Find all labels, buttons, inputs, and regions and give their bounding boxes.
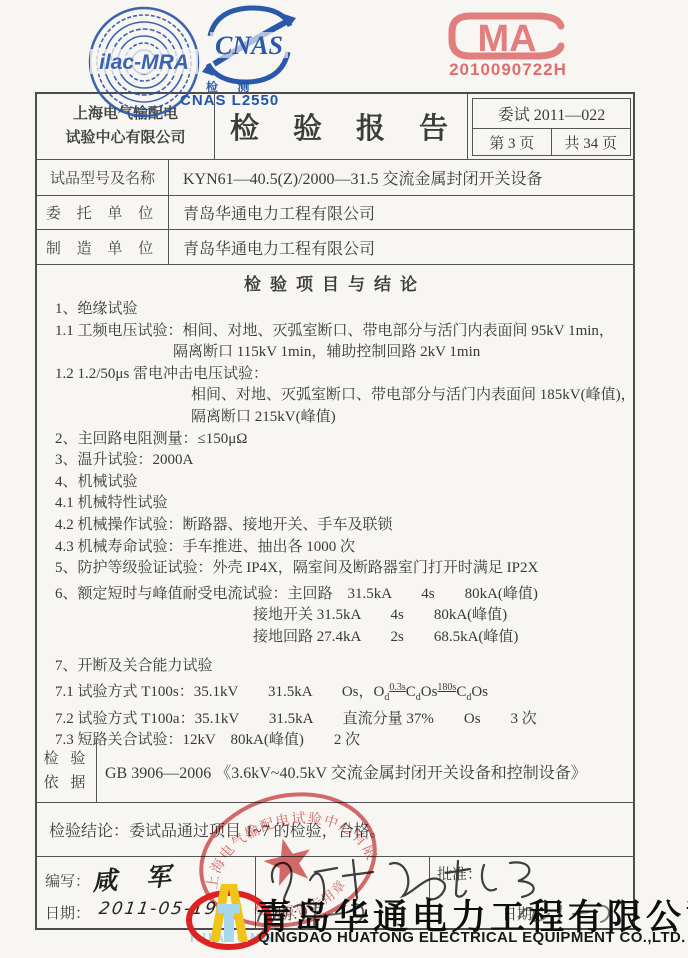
prepared-by-label: 编写： — [45, 870, 90, 891]
cma-text: MA — [477, 18, 536, 60]
section-title: 检验项目与结论 — [37, 265, 633, 299]
report-number: 委试 2011—022 — [473, 99, 630, 129]
body-line: 1.1 工频电压试验：相间、对地、灭弧室断口、带电部分与活门内表面间 95kV … — [55, 321, 623, 343]
row-label-client: 委 托 单 位 — [37, 196, 169, 230]
cnas-logo: CNAS — [196, 2, 302, 88]
body-line-formula: 7.1 试验方式 T100s：35.1kV 31.5kA Os，Od0.3sCd… — [55, 677, 623, 709]
body-line: 7.2 试验方式 T100a：35.1kV 31.5kA 直流分量 37% Os… — [55, 709, 623, 731]
test-items: 1、绝缘试验 1.1 工频电压试验：相间、对地、灭弧室断口、带电部分与活门内表面… — [55, 299, 623, 739]
report-number-block: 委试 2011—022 第 3 页 共 34 页 — [467, 94, 635, 160]
row-label-manufacturer: 制 造 单 位 — [37, 230, 169, 265]
body-line: 4.1 机械特性试验 — [55, 493, 623, 515]
formula-seg: C — [456, 684, 466, 700]
body-line: 相间、对地、灭弧室断口、带电部分与活门内表面间 185kV(峰值)， — [191, 385, 623, 407]
body-line: 5、防护等级验证试验：外壳 IP4X，隔室间及断路器室门打开时满足 IP2X — [55, 558, 623, 580]
basis-label-line1: 检 验 — [44, 747, 90, 771]
body-line: 接地开关 31.5kA 4s 80kA(峰值) — [253, 605, 623, 627]
formula-sup: 180s — [437, 682, 456, 693]
formula-prefix: 7.1 试验方式 T100s：35.1kV 31.5kA Os，O — [55, 684, 384, 700]
page-number: 第 3 页 — [473, 129, 552, 156]
formula-sup: 0.3s — [389, 682, 405, 693]
ilac-mra-text: ilac-MRA — [99, 51, 189, 74]
org-name-line2: 试验中心有限公司 — [65, 127, 185, 150]
formula-seg: C — [406, 684, 416, 700]
formula-seg: Os — [471, 684, 488, 700]
formula-sub: d — [384, 692, 389, 703]
row-value-model: KYN61—40.5(Z)/2000—31.5 交流金属封闭开关设备 — [169, 160, 635, 196]
body-line: 隔离断口 215kV(峰值) — [191, 407, 623, 429]
report-title: 检验报告 — [200, 106, 482, 147]
logo-t-stem — [224, 908, 234, 942]
cnas-text: CNAS — [215, 31, 283, 60]
footer-company-en: QINGDAO HUATONG ELECTRICAL EQUIPMENT CO.… — [258, 929, 686, 946]
body-line: 1.2 1.2/50μs 雷电冲击电压试验： — [55, 364, 623, 386]
body-line: 3、温升试验：2000A — [55, 450, 623, 472]
basis-label-line2: 依 据 — [44, 771, 90, 795]
body-line: 4、机械试验 — [55, 472, 623, 494]
body-line: 接地回路 27.4kA 2s 68.5kA(峰值) — [253, 627, 623, 649]
prepared-by-signature: 咸 军 — [91, 856, 182, 898]
date-label-left: 日期： — [45, 902, 90, 923]
basis-label: 检 验 依 据 — [37, 740, 97, 803]
cma-stamp: MA — [440, 8, 574, 64]
body-line: 7、开断及关合能力试验 — [55, 656, 623, 678]
inspection-report-scan: ilac-MRA CNAS 检 测 CNAS L2550 MA 20100907… — [0, 0, 688, 958]
row-value-manufacturer: 青岛华通电力工程有限公司 — [169, 230, 635, 265]
body-line: 隔离断口 115kV 1min，辅助控制回路 2kV 1min — [173, 342, 623, 364]
body-line: 4.3 机械寿命试验：手车推进、抽出各 1000 次 — [55, 537, 623, 559]
body-line: 2、主回路电阻测量：≤150μΩ — [55, 429, 623, 451]
body-line: 1、绝缘试验 — [55, 299, 623, 321]
row-label-model: 试品型号及名称 — [37, 160, 169, 196]
formula-seg: Os — [421, 684, 438, 700]
cnas-l2550-mark: CNAS L2550 — [180, 92, 279, 109]
body-line: 6、额定短时与峰值耐受电流试验：主回路 31.5kA 4s 80kA(峰值) — [55, 584, 623, 606]
body-line: 4.2 机械操作试验：断路器、接地开关、手车及联锁 — [55, 515, 623, 537]
row-value-client: 青岛华通电力工程有限公司 — [169, 196, 635, 230]
total-pages: 共 34 页 — [552, 129, 631, 156]
